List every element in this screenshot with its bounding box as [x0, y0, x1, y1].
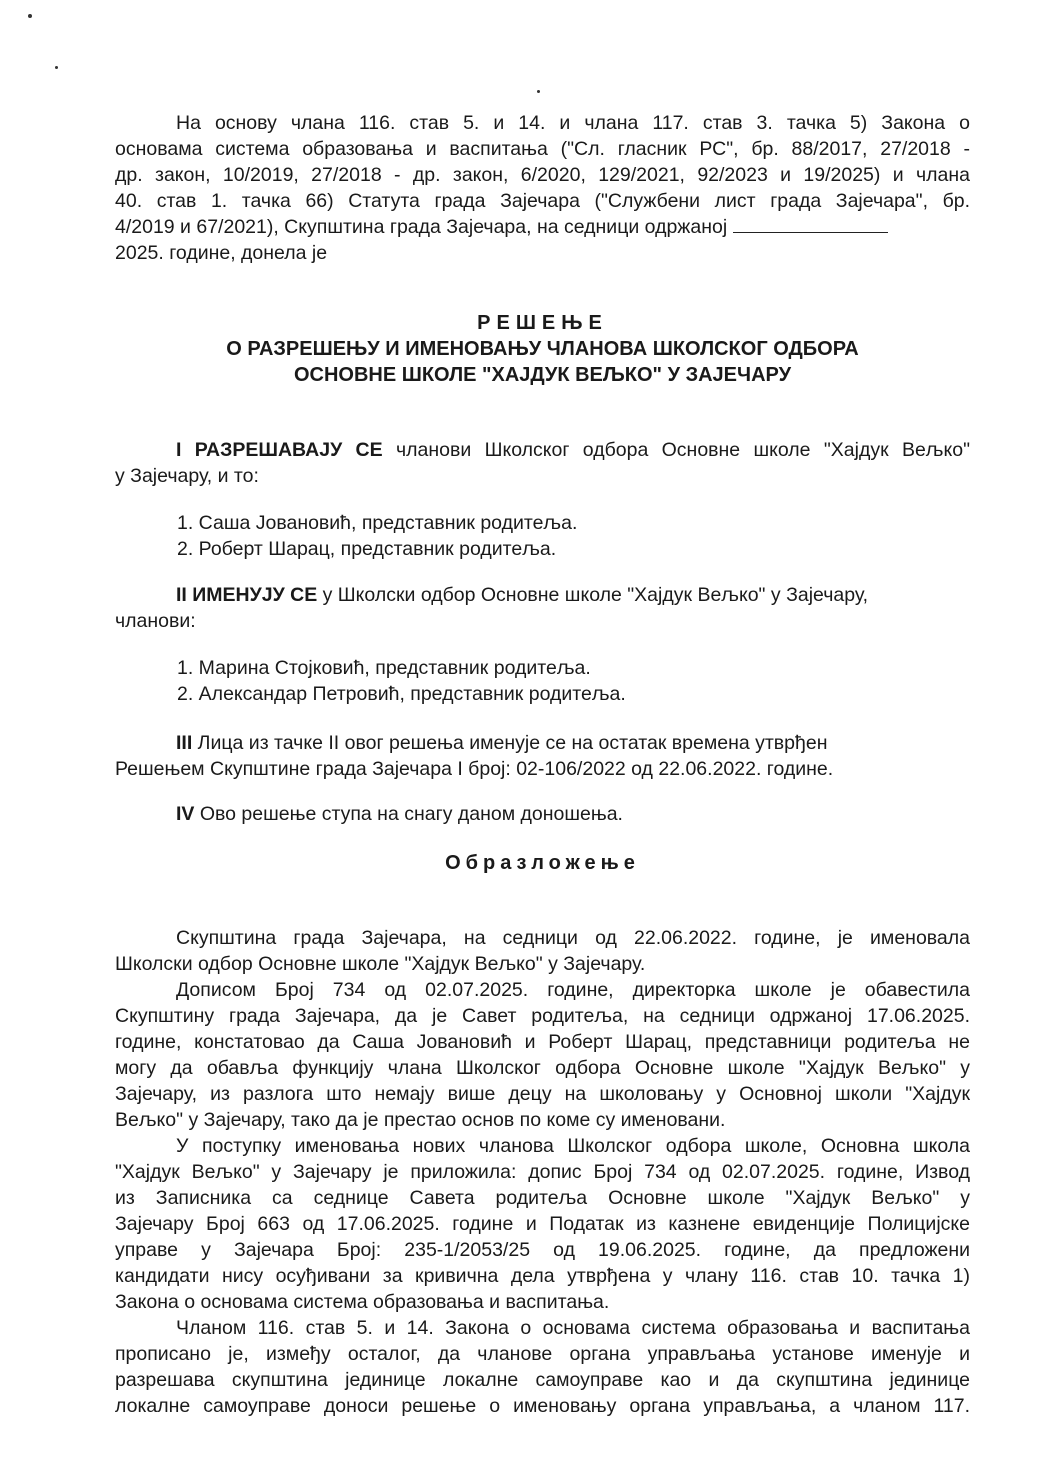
preamble-line: 40. став 1. тачка 66) Статута града Заје…: [115, 188, 970, 214]
explanation-line: разрешава скупштина јединице локалне сам…: [115, 1367, 970, 1393]
decision-subtitle: О РАЗРЕШЕЊУ И ИМЕНОВАЊУ ЧЛАНОВА ШКОЛСКОГ…: [115, 336, 970, 362]
section-3-text: Решењем Скупштине града Зајечара I број:…: [115, 756, 970, 782]
explanation-line: године, констатовао да Саша Јовановић и …: [115, 1029, 970, 1055]
preamble-line-with-blank: 4/2019 и 67/2021), Скупштина града Зајеч…: [115, 214, 970, 240]
section-1-line: I РАЗРЕШАВАЈУ СЕ чланови Школског одбора…: [115, 437, 970, 463]
section-4-heading: IV: [176, 803, 194, 825]
explanation-paragraph: Чланом 116. став 5. и 14. Закона о основ…: [115, 1315, 970, 1419]
preamble-line: основама система образовања и васпитања …: [115, 136, 970, 162]
preamble-line: 4/2019 и 67/2021), Скупштина града Зајеч…: [115, 216, 727, 238]
section-3-text: Лица из тачке II овог решења именује се …: [192, 732, 827, 754]
scan-speck: [55, 66, 58, 69]
section-1-heading: I РАЗРЕШАВАЈУ СЕ: [176, 439, 383, 461]
preamble-line: 2025. године, донела је: [115, 240, 970, 266]
explanation-line: Дописом Број 734 од 02.07.2025. године, …: [115, 977, 970, 1003]
section-3-heading: III: [176, 732, 192, 754]
preamble-line: др. закон, 10/2019, 27/2018 - др. закон,…: [115, 162, 970, 188]
explanation-heading: Образложење: [115, 850, 970, 876]
preamble-line: На основу члана 116. став 5. и 14. и чла…: [115, 110, 970, 136]
explanation-line: прописано је, између осталог, да чланове…: [115, 1341, 970, 1367]
explanation-line: управе у Зајечара Број: 235-1/2053/25 од…: [115, 1237, 970, 1263]
date-blank-field: [733, 214, 888, 233]
explanation-line: "Хајдук Вељко" у Зајечару је приложила: …: [115, 1159, 970, 1185]
section-4-line: IV Ово решење ступа на снагу даном донош…: [115, 801, 970, 827]
section-2-line: II ИМЕНУЈУ СЕ у Школски одбор Основне шк…: [115, 582, 970, 608]
preamble: На основу члана 116. став 5. и 14. и чла…: [115, 110, 970, 266]
explanation-line: Закона о основама система образовања и в…: [115, 1289, 970, 1315]
explanation-line: локалне самоуправе доноси решење о имено…: [115, 1393, 970, 1419]
scan-speck: [537, 90, 540, 93]
explanation-line: Вељко" у Зајечару, тако да је престао ос…: [115, 1107, 970, 1133]
explanation-line: Чланом 116. став 5. и 14. Закона о основ…: [115, 1315, 970, 1341]
list-item: 1. Марина Стојковић, представник родитељ…: [177, 655, 591, 681]
explanation-line: Зајечару, из разлога што немају више дец…: [115, 1081, 970, 1107]
section-1: I РАЗРЕШАВАЈУ СЕ чланови Школског одбора…: [115, 437, 970, 489]
section-2-text: чланови:: [115, 608, 970, 634]
explanation-line: Зајечару Број 663 од 17.06.2025. године …: [115, 1211, 970, 1237]
explanation-paragraph: Скупштина града Зајечара, на седници од …: [115, 925, 970, 977]
section-4-text: Ово решење ступа на снагу даном доношења…: [194, 803, 623, 825]
explanation-line: могу да обавља функцију члана Школског о…: [115, 1055, 970, 1081]
explanation-line: Скупштину града Зајечара, да је Савет ро…: [115, 1003, 970, 1029]
section-4: IV Ово решење ступа на снагу даном донош…: [115, 801, 970, 827]
list-item: 2. Александар Петровић, представник роди…: [177, 681, 626, 707]
section-3-line: III Лица из тачке II овог решења именује…: [115, 730, 970, 756]
decision-title: РЕШЕЊЕ: [115, 310, 970, 336]
scan-speck: [28, 14, 32, 18]
list-item: 2. Роберт Шарац, представник родитеља.: [177, 536, 556, 562]
section-2-heading: II ИМЕНУЈУ СЕ: [176, 584, 317, 606]
decision-subtitle: ОСНОВНЕ ШКОЛЕ "ХАЈДУК ВЕЉКО" У ЗАЈЕЧАРУ: [115, 362, 970, 388]
explanation-paragraph: Дописом Број 734 од 02.07.2025. године, …: [115, 977, 970, 1133]
section-1-text: у Зајечару, и то:: [115, 463, 970, 489]
explanation-line: Скупштина града Зајечара, на седници од …: [115, 925, 970, 951]
section-2: II ИМЕНУЈУ СЕ у Школски одбор Основне шк…: [115, 582, 970, 634]
section-3: III Лица из тачке II овог решења именује…: [115, 730, 970, 782]
explanation-line: из Записника са седнице Савета родитеља …: [115, 1185, 970, 1211]
explanation-paragraph: У поступку именовања нових чланова Школс…: [115, 1133, 970, 1315]
explanation-line: кандидати нису осуђивани за кривична дел…: [115, 1263, 970, 1289]
section-2-text: у Школски одбор Основне школе "Хајдук Ве…: [317, 584, 868, 606]
list-item: 1. Саша Јовановић, представник родитеља.: [177, 510, 577, 536]
section-1-text: чланови Школског одбора Основне школе "Х…: [383, 439, 970, 461]
explanation-body: Скупштина града Зајечара, на седници од …: [115, 925, 970, 1419]
explanation-line: Школски одбор Основне школе "Хајдук Вељк…: [115, 951, 970, 977]
explanation-line: У поступку именовања нових чланова Школс…: [115, 1133, 970, 1159]
